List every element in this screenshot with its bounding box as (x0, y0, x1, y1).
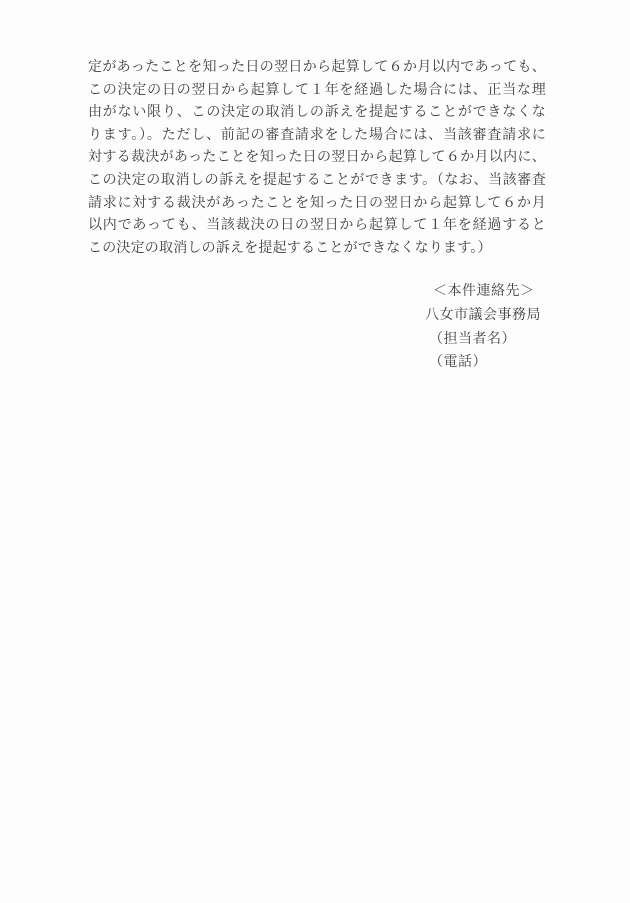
contact-organization: 八女市議会事務局 (425, 304, 541, 328)
body-line: 対する裁決があったことを知った日の翌日から起算して６か月以内に、 (88, 146, 546, 169)
body-line: 定があったことを知った日の翌日から起算して６か月以内であっても、 (88, 56, 546, 79)
contact-person-placeholder: （担当者名） (429, 328, 541, 352)
body-line: 由がない限り、この決定の取消しの訴えを提起することができなくな (88, 101, 546, 124)
body-line: 以内であっても、当該裁決の日の翌日から起算して１年を経過すると (88, 214, 546, 237)
body-paragraph: 定があったことを知った日の翌日から起算して６か月以内であっても、 この決定の日の… (88, 56, 546, 259)
body-line: ります。）。ただし、前記の審査請求をした場合には、当該審査請求に (88, 124, 546, 147)
body-line: 請求に対する裁決があったことを知った日の翌日から起算して６か月 (88, 192, 546, 215)
document-page: 定があったことを知った日の翌日から起算して６か月以内であっても、 この決定の日の… (0, 0, 630, 903)
body-line: この決定の取消しの訴えを提起することができます。（なお、当該審査 (88, 169, 546, 192)
contact-block: ＜本件連絡先＞ 八女市議会事務局 （担当者名） （電話） (425, 280, 541, 375)
contact-phone-placeholder: （電話） (429, 351, 541, 375)
contact-header: ＜本件連絡先＞ (433, 280, 541, 304)
body-line: この決定の日の翌日から起算して１年を経過した場合には、正当な理 (88, 79, 546, 102)
body-line: この決定の取消しの訴えを提起することができなくなります。） (88, 237, 546, 260)
